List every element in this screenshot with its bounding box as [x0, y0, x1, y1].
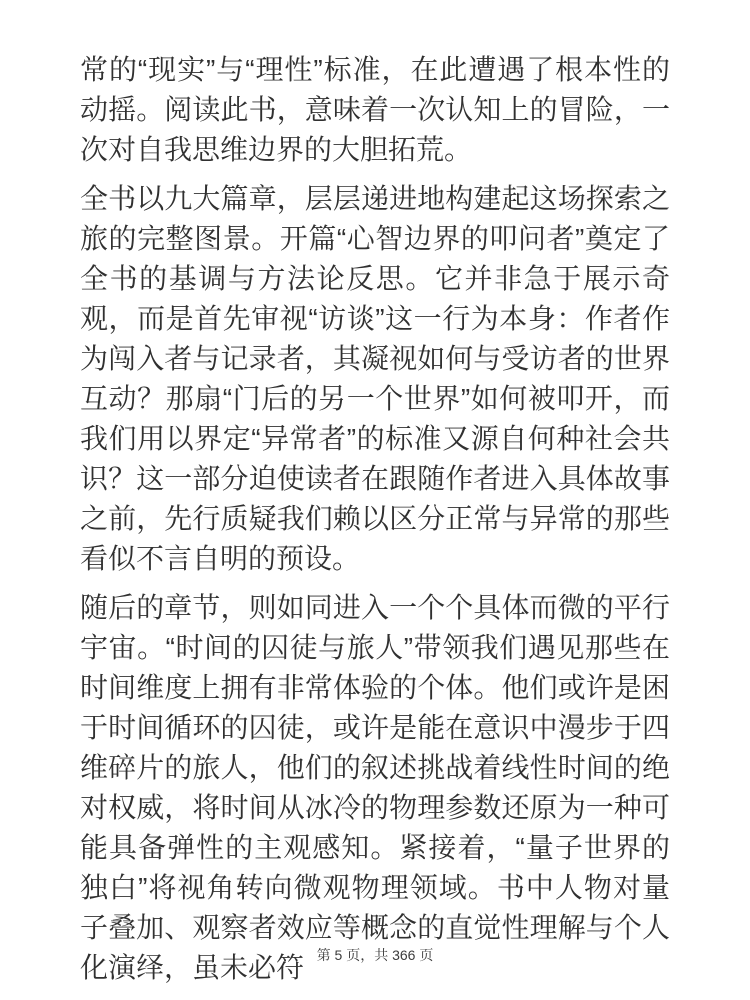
paragraph-continuation: 常的“现实”与“理性”标准，在此遭遇了根本性的动摇。阅读此书，意味着一次认知上的… — [80, 50, 670, 170]
page-footer: 第 5 页，共 366 页 — [0, 946, 750, 964]
page-body-text: 常的“现实”与“理性”标准，在此遭遇了根本性的动摇。阅读此书，意味着一次认知上的… — [80, 50, 670, 997]
paragraph-later-chapters: 随后的章节，则如同进入一个个具体而微的平行宇宙。“时间的囚徒与旅人”带领我们遇见… — [80, 588, 670, 988]
paragraph-chapter-overview: 全书以九大篇章，层层递进地构建起这场探索之旅的完整图景。开篇“心智边界的叩问者”… — [80, 179, 670, 579]
document-page: 常的“现实”与“理性”标准，在此遭遇了根本性的动摇。阅读此书，意味着一次认知上的… — [0, 0, 750, 1000]
page-number-indicator: 第 5 页，共 366 页 — [317, 947, 434, 963]
